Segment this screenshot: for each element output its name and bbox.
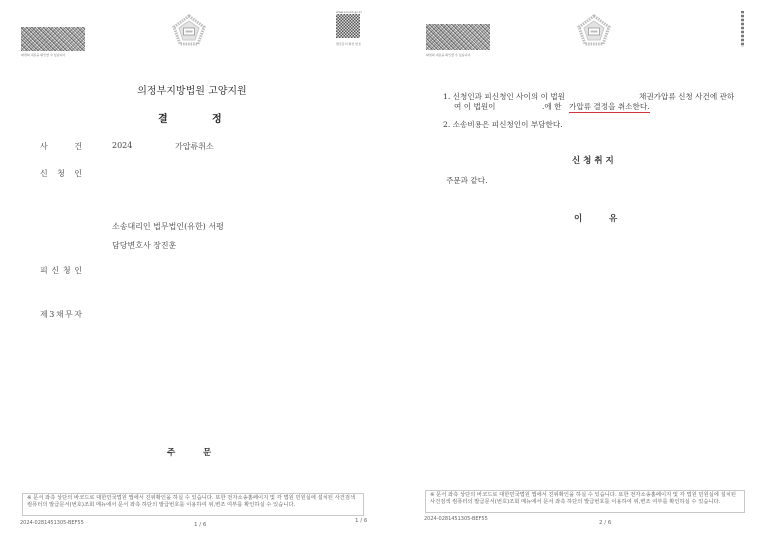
title-char-1: 결 — [158, 110, 168, 125]
third-debtor-label: 제3채무자 — [40, 309, 84, 320]
attorney-line: 담당변호사 장진훈 — [112, 240, 176, 251]
applicant-label-char: 신 — [40, 168, 48, 179]
page-number-center: 2 / 6 — [599, 520, 611, 526]
claim-text: 주문과 같다. — [446, 175, 488, 186]
verification-qr-code — [336, 14, 360, 38]
document-page-1: 화면의 내용을 확인할 수 있습니다 www.scourt.go.kr 발급문서… — [0, 0, 384, 537]
counsel-line: 소송대리인 법무법인(유한) 서평 — [112, 221, 224, 232]
case-label-char: 건 — [74, 141, 82, 152]
order-item-1-line-2a: 여 이 법원이 — [454, 101, 496, 112]
respondent-label-char: 청 — [63, 265, 71, 276]
order-item-1-line-1b: 채권가압류 신청 사건에 관하 — [639, 91, 734, 102]
barcode-caption: 화면의 내용을 확인할 수 있습니다 — [21, 53, 65, 57]
verification-barcode — [426, 24, 490, 50]
order-heading-char-2: 문 — [203, 446, 211, 458]
reason-heading-char-1: 이 — [574, 212, 582, 224]
authenticity-notice: ※ 문서 좌측 상단의 바코드로 대한민국법원 앱에서 진위확인을 하실 수 있… — [425, 490, 745, 513]
respondent-label: 피 신 청 인 — [40, 265, 82, 276]
court-emblem-icon — [172, 14, 206, 46]
verification-barcode — [21, 27, 85, 51]
highlighted-ruling-text: 가압류 결정을 취소한다. — [569, 101, 650, 113]
page-number-right: 1 / 6 — [355, 518, 367, 524]
applicant-label-char: 인 — [74, 168, 82, 179]
side-verification-strip — [741, 11, 744, 47]
authenticity-notice: ※ 문서 좌측 상단의 바코드로 대한민국법원 앱에서 진위확인을 하실 수 있… — [22, 493, 364, 516]
claim-heading: 신 청 취 지 — [572, 154, 614, 166]
court-name: 의정부지방법원 고양지원 — [0, 82, 384, 97]
title-char-2: 정 — [212, 110, 222, 125]
case-type: 가압류취소 — [175, 141, 214, 152]
order-item-2: 2. 소송비용은 피신청인이 부담한다. — [443, 119, 563, 130]
page-number-center: 1 / 6 — [194, 522, 206, 528]
court-emblem-icon — [577, 14, 611, 46]
applicant-label-char: 청 — [57, 168, 65, 179]
case-label-char: 사 — [40, 141, 48, 152]
applicant-label: 신 청 인 — [40, 168, 82, 179]
document-page-2: 화면의 내용을 확인할 수 있습니다 1. 신청인과 피신청인 사이의 이 법원… — [384, 0, 768, 537]
respondent-label-char: 신 — [51, 265, 59, 276]
barcode-caption: 화면의 내용을 확인할 수 있습니다 — [426, 53, 470, 57]
respondent-label-char: 인 — [74, 265, 82, 276]
case-label: 사 건 — [40, 141, 82, 152]
issue-number: 2024-0281451305-BEF55 — [424, 516, 488, 522]
order-heading-char-1: 주 — [167, 446, 175, 458]
issue-number: 2024-0281451305-BEF55 — [20, 520, 84, 526]
reason-heading-char-2: 유 — [609, 212, 617, 224]
order-item-1-line-2b: .에 한 — [542, 101, 562, 112]
case-year: 2024 — [112, 141, 132, 150]
respondent-label-char: 피 — [40, 265, 48, 276]
qr-caption-bottom: 발급문서 확인 번호 — [336, 42, 361, 46]
